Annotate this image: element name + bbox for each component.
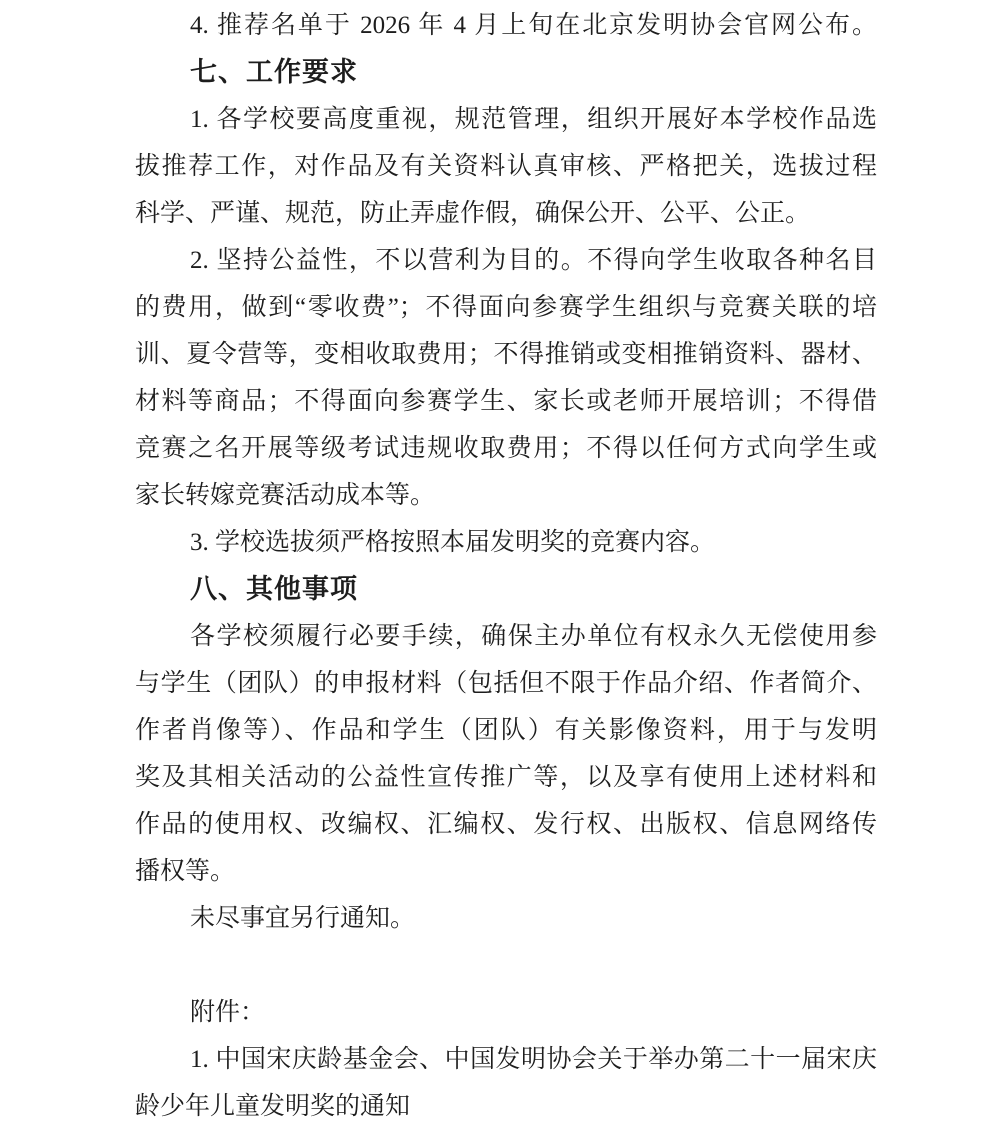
- document-line: 3. 学校选拔须严格按照本届发明奖的竞赛内容。: [135, 519, 877, 566]
- document-line: 科学、严谨、规范，防止弄虚作假，确保公开、公平、公正。: [135, 190, 877, 237]
- document-page: 4. 推荐名单于 2026 年 4 月上旬在北京发明协会官网公布。七、工作要求1…: [0, 0, 1000, 1134]
- document-line: 拔推荐工作，对作品及有关资料认真审核、严格把关，选拔过程: [135, 143, 877, 190]
- document-line: 附件：: [135, 989, 877, 1036]
- document-line: 未尽事宜另行通知。: [135, 895, 877, 942]
- document-line: 竞赛之名开展等级考试违规收取费用；不得以任何方式向学生或: [135, 425, 877, 472]
- document-line: 作品的使用权、改编权、汇编权、发行权、出版权、信息网络传: [135, 801, 877, 848]
- section-heading: 七、工作要求: [135, 49, 877, 96]
- document-line: 4. 推荐名单于 2026 年 4 月上旬在北京发明协会官网公布。: [135, 2, 877, 49]
- document-line: 作者肖像等）、作品和学生（团队）有关影像资料，用于与发明: [135, 707, 877, 754]
- document-body: 4. 推荐名单于 2026 年 4 月上旬在北京发明协会官网公布。七、工作要求1…: [135, 2, 877, 1130]
- document-line: 奖及其相关活动的公益性宣传推广等，以及享有使用上述材料和: [135, 754, 877, 801]
- document-line: 材料等商品；不得面向参赛学生、家长或老师开展培训；不得借: [135, 378, 877, 425]
- document-line: 与学生（团队）的申报材料（包括但不限于作品介绍、作者简介、: [135, 660, 877, 707]
- document-line: 1. 各学校要高度重视，规范管理，组织开展好本学校作品选: [135, 96, 877, 143]
- document-line: 龄少年儿童发明奖的通知: [135, 1083, 877, 1130]
- document-line: 的费用，做到“零收费”；不得面向参赛学生组织与竞赛关联的培: [135, 284, 877, 331]
- document-line: 家长转嫁竞赛活动成本等。: [135, 472, 877, 519]
- document-line: 1. 中国宋庆龄基金会、中国发明协会关于举办第二十一届宋庆: [135, 1036, 877, 1083]
- document-line: 2. 坚持公益性，不以营利为目的。不得向学生收取各种名目: [135, 237, 877, 284]
- document-line: 播权等。: [135, 848, 877, 895]
- document-line: 各学校须履行必要手续，确保主办单位有权永久无偿使用参: [135, 613, 877, 660]
- document-line: 训、夏令营等，变相收取费用；不得推销或变相推销资料、器材、: [135, 331, 877, 378]
- section-heading: 八、其他事项: [135, 566, 877, 613]
- blank-line: [135, 942, 877, 989]
